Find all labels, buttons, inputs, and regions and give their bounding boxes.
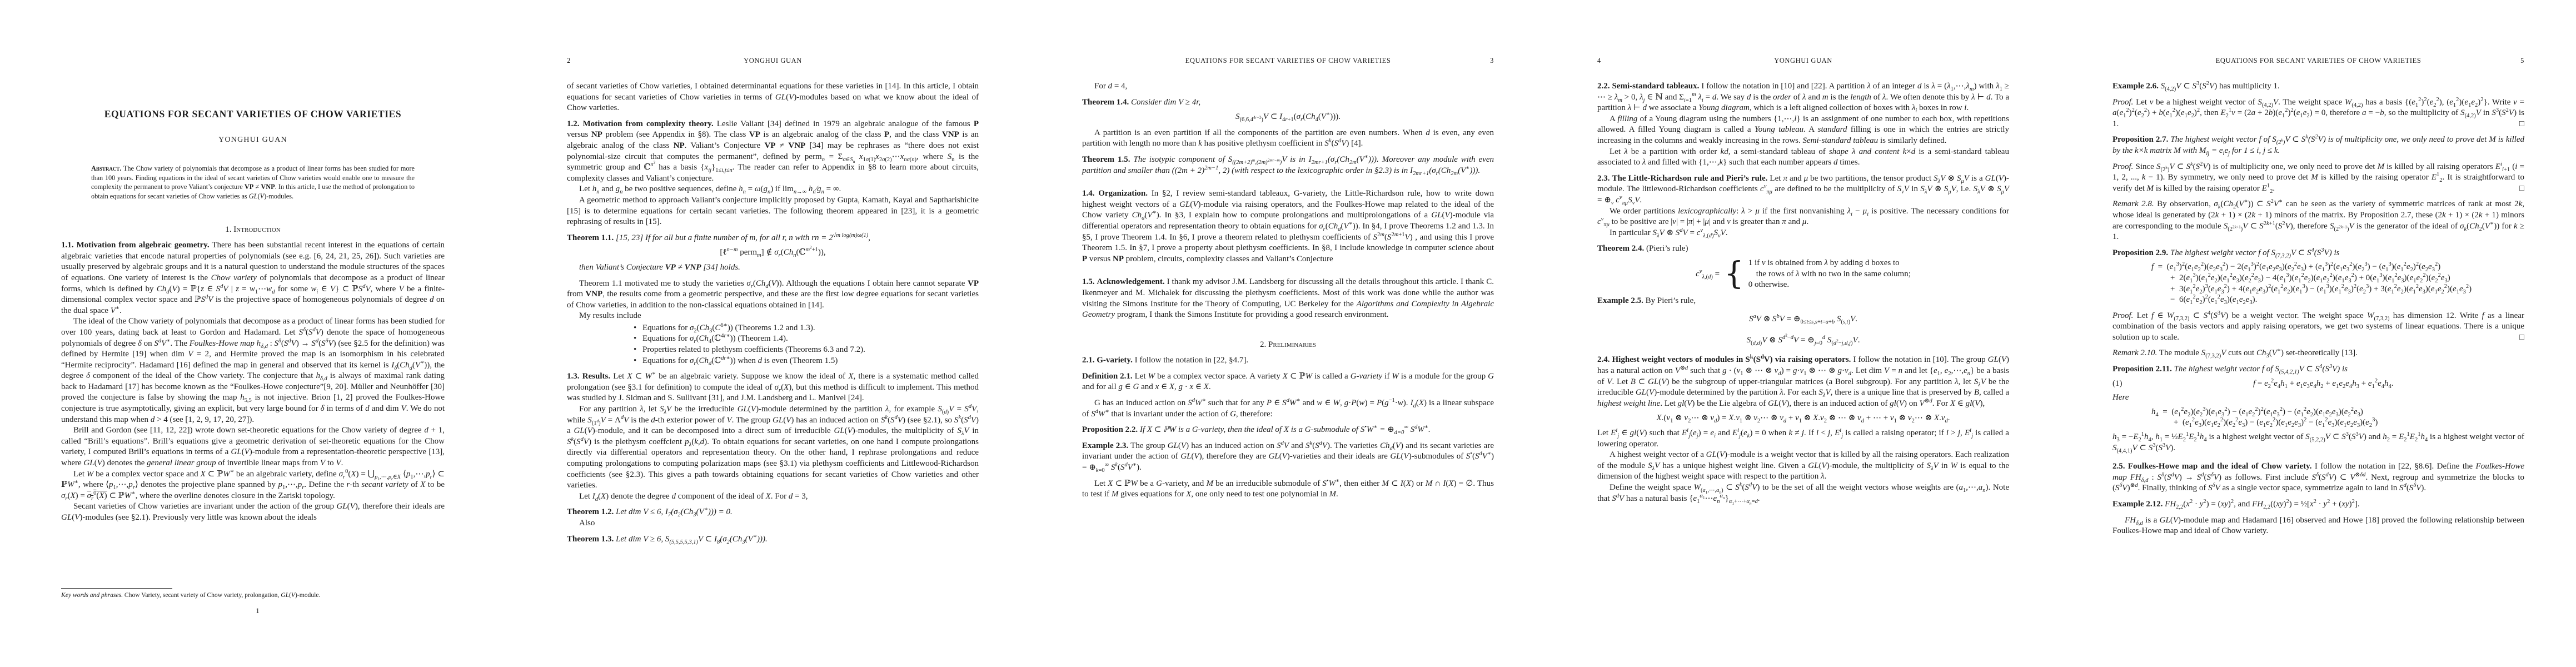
proof-2-9-body: Let f ∈ W(7,3,2) ⊂ S4(S3V) be a weight v… bbox=[2112, 311, 2524, 342]
section-1-1: 1.1. Motivation from algebraic geometry.… bbox=[61, 240, 445, 316]
section-1-5-number: 1.5. bbox=[1082, 277, 1095, 286]
abstract-text: The Chow variety of polynomials that dec… bbox=[91, 165, 415, 200]
paragraph: The ideal of the Chow variety of polynom… bbox=[61, 316, 445, 425]
equation: f = e22e4h1 + e1e3e4h2 + e1e2e4h3 + e12e… bbox=[2122, 379, 2525, 390]
section-2-5-title: Foulkes-Howe map and the ideal of Chow v… bbox=[2128, 462, 2312, 471]
case-line: the rows of λ with no two in the same co… bbox=[1748, 269, 1911, 280]
example-2-5: Example 2.5. By Pieri’s rule, bbox=[1597, 296, 2009, 307]
equation-line: + 3(e12e2)3(e1e32) + 4(e1e2e3)2(e12e2)(e… bbox=[2151, 284, 2524, 295]
example-2-3-label: Example 2.3. bbox=[1082, 441, 1128, 450]
equation-block: h4 = (e12e2)(e23)(e1e32) − (e1e22)2(e1e3… bbox=[2151, 407, 2524, 429]
example-2-12-body: FH2,2(x2 · y2) = (xy)2, and FH2,2((xy)2)… bbox=[2165, 500, 2359, 509]
section-1-1-text: There has been substantial recent intere… bbox=[61, 241, 445, 315]
list-item: Equations for σr(Chd(ℂdr∗)) when d is ev… bbox=[634, 356, 979, 367]
running-head-author: YONGHUI GUAN bbox=[1597, 57, 2009, 65]
section-1-4-number: 1.4. bbox=[1082, 189, 1095, 198]
section-1-3-number: 1.3. bbox=[567, 372, 580, 381]
theorem-1-4-label: Theorem 1.4. bbox=[1082, 98, 1129, 107]
page-5-body: Example 2.6. S(4,2)V ⊂ S3(S2V) has multi… bbox=[2112, 81, 2524, 537]
display-equation: SaV ⊗ SbV = ⊕0≤t≤s,s+t=a+b S(s,t)V. bbox=[1597, 314, 2009, 325]
paragraph: Theorem 1.1 motivated me to study the va… bbox=[567, 278, 979, 311]
running-head-title: EQUATIONS FOR SECANT VARIETIES OF CHOW V… bbox=[2112, 57, 2524, 65]
section-2-1-title: G-variety. bbox=[1097, 356, 1133, 365]
section-2-2-number: 2.2. bbox=[1597, 82, 1610, 91]
list-item: Equations for σr(Ch4(ℂ4r∗)) (Theorem 1.4… bbox=[634, 333, 979, 345]
running-head-title: EQUATIONS FOR SECANT VARIETIES OF CHOW V… bbox=[1082, 57, 1494, 65]
proposition-2-7-body: The highest weight vector f of S(2k)V ⊂ … bbox=[2112, 135, 2524, 155]
page-3: EQUATIONS FOR SECANT VARIETIES OF CHOW V… bbox=[1030, 0, 1546, 667]
page-1: EQUATIONS FOR SECANT VARIETIES OF CHOW V… bbox=[0, 0, 515, 667]
paragraph: of secant varieties of Chow varieties, I… bbox=[567, 81, 979, 114]
page-5: EQUATIONS FOR SECANT VARIETIES OF CHOW V… bbox=[2061, 0, 2576, 667]
remark-2-8-label: Remark 2.8. bbox=[2112, 200, 2154, 208]
definition-2-1-label: Definition 2.1. bbox=[1082, 372, 1133, 381]
theorem-1-3: Theorem 1.3. Let dim V ≥ 6, S(5,5,5,5,3,… bbox=[567, 534, 979, 545]
proposition-2-11-body: The highest weight vector f of S(5,4,2,1… bbox=[2174, 365, 2348, 374]
theorem-1-3-label: Theorem 1.3. bbox=[567, 535, 614, 544]
running-head-author: YONGHUI GUAN bbox=[567, 57, 979, 65]
section-2-5-number: 2.5. bbox=[2112, 462, 2125, 471]
proof-2-7: Proof. Since S(2k)V ⊂ Sk(S2V) is of mult… bbox=[2112, 162, 2524, 195]
section-2-1-text: I follow the notation in [22, §4.7]. bbox=[1133, 356, 1248, 365]
theorem-1-1: Theorem 1.1. [15, 23] If for all but a f… bbox=[567, 233, 979, 244]
paragraph: Also bbox=[567, 518, 979, 529]
theorem-1-1-post: then Valiant’s Conjecture VP ≠ VNP [34] … bbox=[567, 262, 979, 273]
paragraph: For any partition λ, let SλV be the irre… bbox=[567, 404, 979, 491]
remark-2-10: Remark 2.10. The module S(7,3,2)V cuts o… bbox=[2112, 348, 2524, 359]
section-1-1-title: Motivation from algebraic geometry. bbox=[76, 241, 209, 250]
theorem-1-5-body: The isotypic component of S((2m+2)m,(2m)… bbox=[1082, 155, 1494, 175]
example-2-6-body: S(4,2)V ⊂ S3(S2V) has multiplicity 1. bbox=[2161, 82, 2280, 91]
keywords: Key words and phrases. Chow Variety, sec… bbox=[61, 591, 445, 600]
proposition-2-11-label: Proposition 2.11. bbox=[2112, 365, 2172, 374]
section-1-4-text: In §2, I review semi-standard tableaux, … bbox=[1082, 189, 1494, 263]
theorem-1-5-label: Theorem 1.5. bbox=[1082, 155, 1130, 164]
section-1-2-title: Motivation from complexity theory. bbox=[583, 120, 714, 128]
paragraph: Let W be a complex vector space and X ⊂ … bbox=[61, 469, 445, 502]
page-2-body: of secant varieties of Chow varieties, I… bbox=[567, 81, 979, 545]
section-2-2: 2.2. Semi-standard tableaux. I follow th… bbox=[1597, 81, 2009, 114]
page-2: 2 YONGHUI GUAN of secant varieties of Ch… bbox=[515, 0, 1030, 667]
proof-2-9: Proof. Let f ∈ W(7,3,2) ⊂ S4(S3V) be a w… bbox=[2112, 311, 2524, 344]
theorem-1-5: Theorem 1.5. The isotypic component of S… bbox=[1082, 155, 1494, 176]
display-equation: X.(v1 ⊗ v2⋯ ⊗ vd) = X.v1 ⊗ v2⋯ ⊗ vd + v1… bbox=[1597, 413, 2009, 424]
section-1-2-text: Leslie Valiant [34] defined in 1979 an a… bbox=[567, 120, 979, 183]
equation-line: f = (e13)2(e1e22)(e2e32) − 2(e13)2(e1e2e… bbox=[2151, 262, 2524, 273]
section-2-4-title: Highest weight vectors of modules in Sk(… bbox=[1612, 355, 1851, 364]
proof-2-6-body: Let v be a highest weight vector of S(4,… bbox=[2112, 98, 2524, 128]
section-2-4-number: 2.4. bbox=[1597, 355, 1610, 364]
paragraph: FHδ,d is a GL(V)-module map and Hadamard… bbox=[2112, 515, 2524, 537]
proposition-2-2-label: Proposition 2.2. bbox=[1082, 425, 1138, 434]
example-2-3-body: The group GL(V) has an induced action on… bbox=[1082, 441, 1494, 472]
paragraph: A geometric method to approach Valiant’s… bbox=[567, 195, 979, 228]
numbered-equation: (1) f = e22e4h1 + e1e3e4h2 + e1e2e4h3 + … bbox=[2112, 379, 2524, 390]
case-line: 0 otherwise. bbox=[1748, 280, 1911, 291]
paragraph: Let hn and gn be two positive sequences,… bbox=[567, 184, 979, 195]
proposition-2-2: Proposition 2.2. If X ⊂ ℙW is a G-variet… bbox=[1082, 425, 1494, 436]
theorem-1-4: Theorem 1.4. Consider dim V ≥ 4r, bbox=[1082, 97, 1494, 108]
example-2-12: Example 2.12. FH2,2(x2 · y2) = (xy)2, an… bbox=[2112, 499, 2524, 510]
paragraph: We order partitions lexicographically: λ… bbox=[1597, 206, 2009, 228]
proof-2-7-body: Since S(2k)V ⊂ Sk(S2V) is of multiplicit… bbox=[2112, 162, 2524, 193]
section-1-3-text: Let X ⊂ W∗ be an algebraic variety. Supp… bbox=[567, 372, 979, 402]
equation-line: + 2(e13)(e12e2)(e12e3)(e22e3) − 4(e13)(e… bbox=[2151, 273, 2524, 284]
example-2-12-label: Example 2.12. bbox=[2112, 500, 2163, 509]
equation-number: (1) bbox=[2112, 379, 2122, 390]
case-line: 1 if ν is obtained from λ by adding d bo… bbox=[1748, 258, 1911, 269]
paragraph: h3 = −E21h4, h1 = ½E21E21h4 is a highest… bbox=[2112, 432, 2524, 454]
proof-label: Proof. bbox=[2112, 162, 2133, 171]
theorem-1-2: Theorem 1.2. Let dim V ≤ 6, I7(σ2(Ch3(V∗… bbox=[567, 507, 979, 518]
list-item: Properties related to plethysm coefficie… bbox=[634, 345, 979, 356]
proof-label: Proof. bbox=[2112, 98, 2133, 107]
footnote-rule bbox=[61, 588, 172, 589]
equation-line: h4 = (e12e2)(e23)(e1e32) − (e1e22)2(e1e3… bbox=[2151, 407, 2524, 418]
equation-line: − 6(e12e2)2(e12e3)(e1e2e3). bbox=[2151, 295, 2524, 306]
theorem-2-4-intro: (Pieri’s rule) bbox=[1646, 244, 1688, 253]
section-1-4-title: Organization. bbox=[1098, 189, 1148, 198]
page-4: 4 YONGHUI GUAN 2.2. Semi-standard tablea… bbox=[1546, 0, 2061, 667]
paragraph: Let Eij ∈ gl(V) such that Eij(ej) = ei a… bbox=[1597, 428, 2009, 450]
paper-author: YONGHUI GUAN bbox=[61, 135, 445, 146]
paragraph: A filling of a Young diagram using the n… bbox=[1597, 114, 2009, 147]
section-1-5: 1.5. Acknowledgement. I thank my advisor… bbox=[1082, 277, 1494, 320]
proposition-2-7-label: Proposition 2.7. bbox=[2112, 135, 2168, 144]
page-1-body: EQUATIONS FOR SECANT VARIETIES OF CHOW V… bbox=[61, 0, 445, 524]
example-2-6-label: Example 2.6. bbox=[2112, 82, 2159, 91]
equation-block: f = (e13)2(e1e22)(e2e32) − 2(e13)2(e1e2e… bbox=[2151, 262, 2524, 305]
page-number: 5 bbox=[2520, 57, 2524, 65]
section-2-3-number: 2.3. bbox=[1597, 174, 1610, 183]
proposition-2-9: Proposition 2.9. The highest weight vect… bbox=[2112, 248, 2524, 259]
section-1-2: 1.2. Motivation from complexity theory. … bbox=[567, 119, 979, 185]
proof-2-6: Proof. Let v be a highest weight vector … bbox=[2112, 97, 2524, 130]
paragraph: Let Id(X) denote the degree d component … bbox=[567, 491, 979, 502]
section-2-1-number: 2.1. bbox=[1082, 356, 1095, 365]
paragraph: For d = 4, bbox=[1082, 81, 1494, 92]
abstract: Abstract. The Chow variety of polynomial… bbox=[91, 164, 415, 201]
section-1-1-number: 1.1. bbox=[61, 241, 74, 250]
section-1-4: 1.4. Organization. In §2, I review semi-… bbox=[1082, 188, 1494, 265]
paragraph: Secant varieties of Chow varieties are i… bbox=[61, 501, 445, 523]
display-equation: S(6,6,44r−2)V ⊂ I4r+1(σr(Ch4(V∗))). bbox=[1082, 112, 1494, 123]
paper-title: EQUATIONS FOR SECANT VARIETIES OF CHOW V… bbox=[61, 109, 445, 120]
section-1-3-title: Results. bbox=[582, 372, 610, 381]
theorem-2-4-label: Theorem 2.4. bbox=[1597, 244, 1644, 253]
remark-2-8-body: By observation, σk(Ch2(V∗)) ⊂ S2V∗ can b… bbox=[2112, 200, 2524, 241]
proposition-2-9-label: Proposition 2.9. bbox=[2112, 248, 2168, 257]
section-1-5-title: Acknowledgement. bbox=[1097, 277, 1165, 286]
proposition-2-7: Proposition 2.7. The highest weight vect… bbox=[2112, 135, 2524, 156]
paragraph: A partition is an even partition if all … bbox=[1082, 128, 1494, 150]
cases-equation: cνλ,(d) = { 1 if ν is obtained from λ by… bbox=[1597, 258, 2009, 291]
paragraph: G has an induced action on SdW∗ such tha… bbox=[1082, 398, 1494, 420]
section-2-3: 2.3. The Little-Richardson rule and Pier… bbox=[1597, 173, 2009, 206]
proof-label: Proof. bbox=[2112, 311, 2133, 320]
section-1-3: 1.3. Results. Let X ⊂ W∗ be an algebraic… bbox=[567, 371, 979, 404]
section-1-2-number: 1.2. bbox=[567, 120, 580, 128]
section-2-5: 2.5. Foulkes-Howe map and the ideal of C… bbox=[2112, 461, 2524, 494]
footnote-block: Key words and phrases. Chow Variety, sec… bbox=[61, 588, 445, 600]
paragraph: Let X ⊂ ℙW be a G-variety, and M be an i… bbox=[1082, 479, 1494, 500]
definition-2-1: Definition 2.1. Let W be a complex vecto… bbox=[1082, 371, 1494, 393]
definition-2-1-body: Let W be a complex vector space. A varie… bbox=[1082, 372, 1494, 392]
abstract-label: Abstract. bbox=[91, 165, 121, 172]
cases-body: 1 if ν is obtained from λ by adding d bo… bbox=[1748, 258, 1911, 291]
paragraph: Brill and Gordon (see [11, 12, 22]) wrot… bbox=[61, 425, 445, 469]
theorem-1-2-label: Theorem 1.2. bbox=[567, 507, 614, 516]
example-2-6: Example 2.6. S(4,2)V ⊂ S3(S2V) has multi… bbox=[2112, 81, 2524, 92]
page-number: 1 bbox=[0, 607, 515, 615]
section-2-1: 2.1. G-variety. I follow the notation in… bbox=[1082, 355, 1494, 366]
theorem-2-4: Theorem 2.4. (Pieri’s rule) bbox=[1597, 243, 2009, 255]
results-list: Equations for σ2(Ch3(C6∗)) (Theorems 1.2… bbox=[634, 323, 979, 366]
example-2-3: Example 2.3. The group GL(V) has an indu… bbox=[1082, 441, 1494, 474]
paper-spread: { "stamp": {"text": "arXiv:1602.04275v2 … bbox=[0, 0, 2576, 667]
theorem-1-3-body: Let dim V ≥ 6, S(5,5,5,5,3,1)V ⊂ I8(σ2(C… bbox=[616, 535, 768, 544]
theorem-1-2-body: Let dim V ≤ 6, I7(σ2(Ch3(V∗))) = 0. bbox=[616, 507, 733, 516]
paragraph: My results include bbox=[567, 311, 979, 322]
remark-2-10-label: Remark 2.10. bbox=[2112, 349, 2157, 357]
theorem-1-1-pre: [15, 23] If for all but a finite number … bbox=[616, 233, 870, 242]
display-equation: S(d,d)V ⊗ Sd2−dV = ⊕j=0d S(d2−j,d,j)V. bbox=[1597, 335, 2009, 346]
page-4-body: 2.2. Semi-standard tableaux. I follow th… bbox=[1597, 81, 2009, 504]
section-2-3-title: The Little-Richardson rule and Pieri’s r… bbox=[1612, 174, 1768, 183]
paragraph: Let λ be a partition with order kd, a se… bbox=[1597, 147, 2009, 168]
paragraph: In particular SλV ⊗ SdV = cνλ,(d)SνV. bbox=[1597, 228, 2009, 239]
equation-line: + (e12e3)(e1e22)(e22e3) − (e1e22)(e1e2e3… bbox=[2151, 417, 2524, 429]
proposition-2-2-body: If X ⊂ ℙW is a G-variety, then the ideal… bbox=[1140, 425, 1431, 434]
display-equation: [ℓn−m permm] ∉ σr(Chn(ℂm2+1)), bbox=[567, 247, 979, 258]
list-item: Equations for σ2(Ch3(C6∗)) (Theorems 1.2… bbox=[634, 323, 979, 334]
curly-brace: { bbox=[1724, 258, 1744, 290]
here-label: Here bbox=[2112, 392, 2524, 404]
section-2-4: 2.4. Highest weight vectors of modules i… bbox=[1597, 355, 2009, 409]
paragraph: A highest weight vector of a GL(V)-modul… bbox=[1597, 450, 2009, 482]
section-heading-preliminaries: 2. Preliminaries bbox=[1082, 340, 1494, 351]
proposition-2-11: Proposition 2.11. The highest weight vec… bbox=[2112, 364, 2524, 375]
proposition-2-9-body: The highest weight vector f of S(7,3,2)V… bbox=[2170, 248, 2340, 257]
cases-lhs: cνλ,(d) = bbox=[1696, 269, 1720, 280]
page-number: 3 bbox=[1490, 57, 1494, 65]
remark-2-8: Remark 2.8. By observation, σk(Ch2(V∗)) … bbox=[2112, 199, 2524, 242]
section-heading-introduction: 1. Introduction bbox=[61, 225, 445, 236]
theorem-1-4-pre: Consider dim V ≥ 4r, bbox=[1131, 98, 1200, 107]
example-2-5-label: Example 2.5. bbox=[1597, 296, 1643, 305]
example-2-5-intro: By Pieri’s rule, bbox=[1646, 296, 1696, 305]
paragraph: Define the weight space W(a1,⋯,an) ⊂ Sk(… bbox=[1597, 482, 2009, 504]
section-2-2-title: Semi-standard tableaux. bbox=[1612, 82, 1699, 91]
remark-2-10-body: The module S(7,3,2)V cuts out Ch3(V∗) se… bbox=[2157, 349, 2358, 357]
theorem-1-1-label: Theorem 1.1. bbox=[567, 233, 614, 242]
page-3-body: For d = 4, Theorem 1.4. Consider dim V ≥… bbox=[1082, 81, 1494, 500]
